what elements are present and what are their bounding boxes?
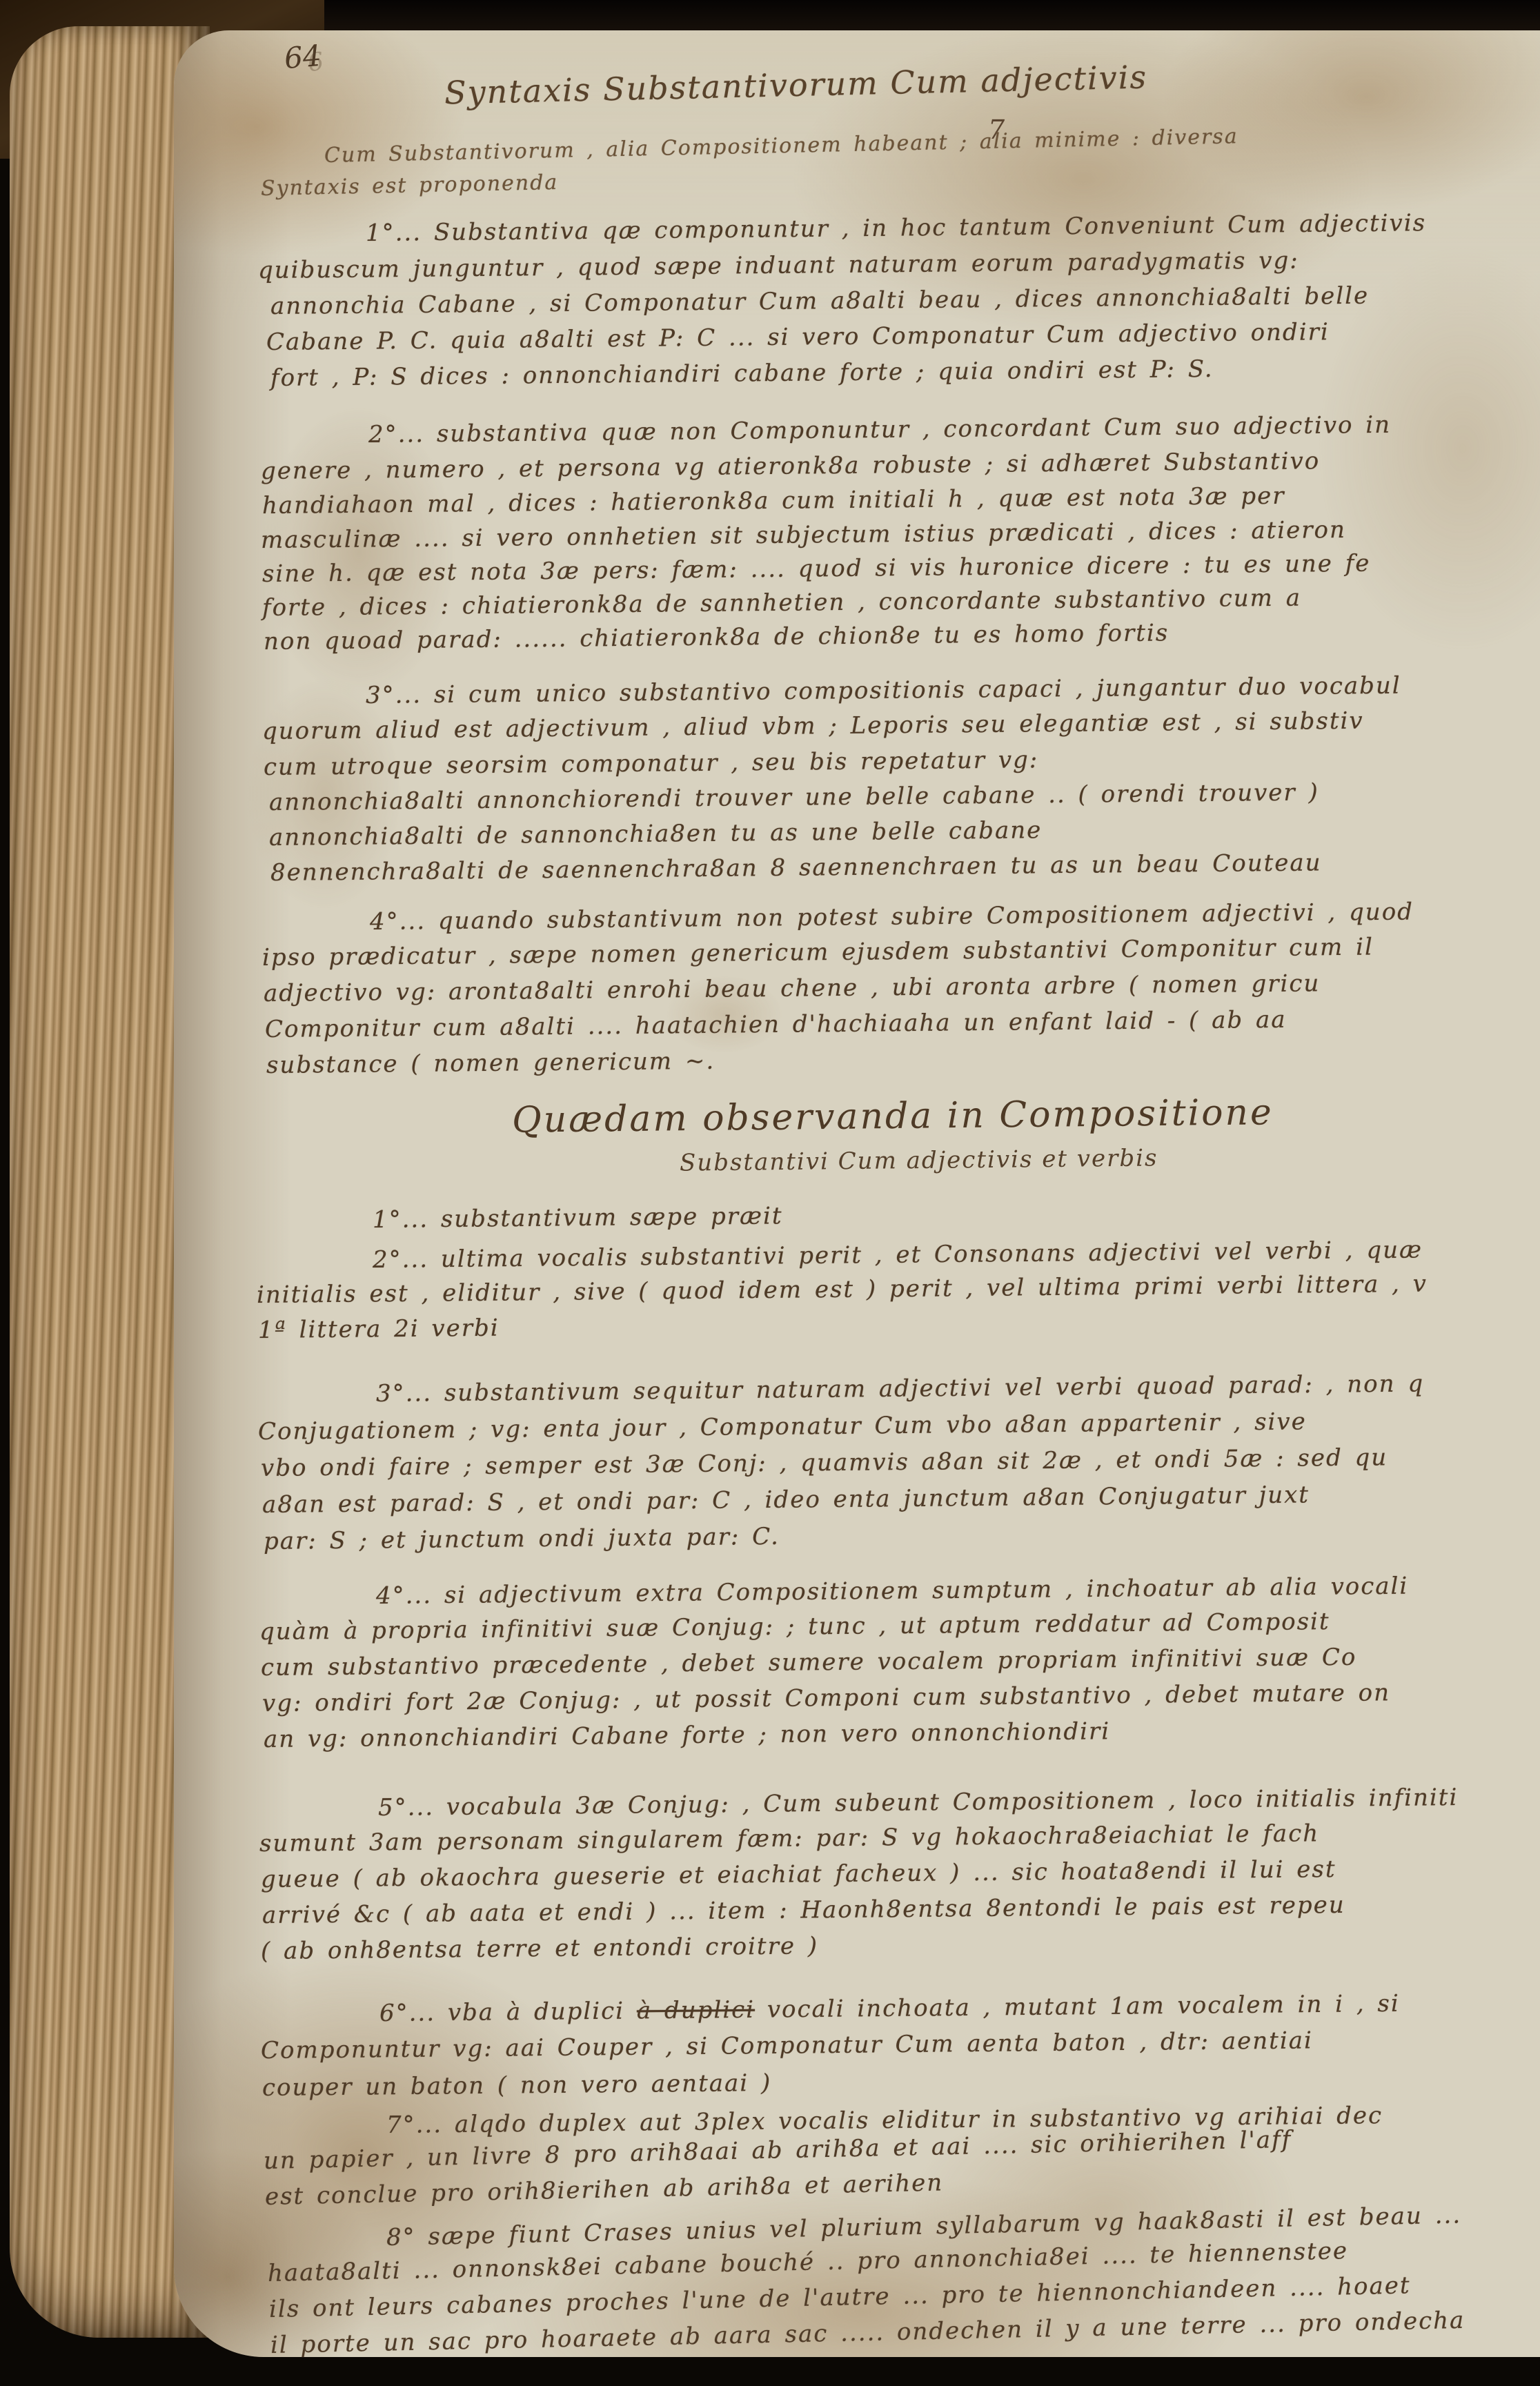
manuscript-line: gueue ( ab okaochra gueserie et eiachiat… (261, 1855, 1336, 1893)
manuscript-line: masculinæ .... si vero onnhetien sit sub… (261, 516, 1346, 554)
manuscript-line: quibuscum junguntur , quod sæpe induant … (258, 247, 1299, 284)
manuscript-line: fort , P: S dices : onnonchiandiri caban… (270, 355, 1214, 392)
line-text: 6°... vba à duplici (379, 1997, 637, 2027)
manuscript-line: Cabane P. C. quia a8alti est P: C ... si… (266, 318, 1330, 356)
manuscript-line: ipso prædicatur , sæpe nomen genericum e… (262, 934, 1374, 972)
manuscript-line: 3°... substantivum sequitur naturam adje… (376, 1370, 1425, 1408)
manuscript-line: Componitur cum a8alti .... haatachien d'… (265, 1006, 1287, 1043)
manuscript-line: par: S ; et junctum ondi juxta par: C. (264, 1523, 780, 1555)
book-scan: 6 64 Syntaxis Substantivorum Cum adjecti… (0, 0, 1540, 2386)
manuscript-line: a8an est parad: S , et ondi par: C , ide… (262, 1481, 1310, 1519)
manuscript-page: 6 64 Syntaxis Substantivorum Cum adjecti… (174, 30, 1540, 2357)
manuscript-line: Cum Substantivorum , alia Compositionem … (324, 124, 1238, 168)
manuscript-line: cum utroque seorsim componatur , seu bis… (264, 746, 1039, 781)
manuscript-line: adjectivo vg: aronta8alti enrohi beau ch… (264, 969, 1321, 1007)
manuscript-line: 6°... vba à duplici à duplici vocali inc… (379, 1990, 1400, 2027)
section-heading: Quædam observanda in Compositione (512, 1092, 1274, 1141)
manuscript-line: Syntaxis est proponenda (261, 170, 559, 201)
manuscript-line: quàm à propria infinitivi suæ Conjug: ; … (259, 1608, 1330, 1646)
manuscript-line: est conclue pro orih8ierihen ab arih8a e… (265, 2169, 944, 2211)
manuscript-line: ( ab onh8entsa terre et entondi croitre … (261, 1932, 818, 1965)
manuscript-line: 8ennenchra8alti de saennenchra8an 8 saen… (270, 849, 1322, 887)
manuscript-line: sine h. qæ est nota 3æ pers: fæm: .... q… (262, 550, 1371, 588)
manuscript-line: Conjugationem ; vg: enta jour , Componat… (258, 1408, 1307, 1446)
struck-text: à duplici (637, 1996, 756, 2025)
manuscript-line: 2°... substantiva quæ non Componuntur , … (368, 411, 1391, 448)
manuscript-line: 3°... si cum unico substantivo compositi… (366, 672, 1401, 709)
manuscript-line: initialis est , eliditur , sive ( quod i… (257, 1270, 1428, 1309)
manuscript-line: forte , dices : chiatieronk8a de sannhet… (262, 584, 1301, 622)
manuscript-line: genere , numero , et persona vg atieronk… (261, 447, 1321, 485)
manuscript-line: arrivé &c ( ab aata et endi ) ... item :… (262, 1891, 1345, 1929)
manuscript-line: vg: ondiri fort 2æ Conjug: , ut possit C… (262, 1679, 1390, 1717)
manuscript-line: 4°... si adjectivum extra Compositionem … (376, 1572, 1409, 1610)
manuscript-line: an vg: onnonchiandiri Cabane forte ; non… (264, 1717, 1111, 1753)
manuscript-line: sumunt 3am personam singularem fæm: par:… (259, 1820, 1320, 1857)
manuscript-line: annonchia Cabane , si Componatur Cum a8a… (270, 282, 1370, 320)
manuscript-line: annonchia8alti annonchiorendi trouver un… (269, 778, 1319, 816)
manuscript-line: annonchia8alti de sannonchia8en tu as un… (269, 816, 1043, 851)
manuscript-line: substance ( nomen genericum ~. (266, 1047, 715, 1079)
manuscript-line: 1°... Substantiva qæ componuntur , in ho… (366, 209, 1426, 247)
manuscript-line: 5°... vocabula 3æ Conjug: , Cum subeunt … (378, 1784, 1459, 1822)
manuscript-line: 2°... ultima vocalis substantivi perit ,… (373, 1236, 1423, 1274)
manuscript-line: cum substantivo præcedente , debet sumer… (261, 1644, 1357, 1682)
page-number: 64 (283, 39, 323, 75)
line-text: vocali inchoata , mutant 1am vocalem in … (755, 1990, 1400, 2024)
section-subheading: Substantivi Cum adjectivis et verbis (680, 1144, 1158, 1176)
manuscript-line: couper un baton ( non vero aentaai ) (262, 2069, 772, 2102)
page-title: Syntaxis Substantivorum Cum adjectivis (444, 58, 1148, 111)
manuscript-line: Componuntur vg: aai Couper , si Componat… (261, 2027, 1313, 2064)
manuscript-line: handiahaon mal , dices : hatieronk8a cum… (262, 482, 1285, 520)
manuscript-line: 1ª littera 2i verbi (258, 1314, 500, 1344)
manuscript-line: vbo ondi faire ; semper est 3æ Conj: , q… (261, 1443, 1388, 1482)
manuscript-line: quorum aliud est adjectivum , aliud vbm … (262, 707, 1364, 745)
manuscript-line: non quoad parad: ...... chiatieronk8a de… (264, 619, 1169, 655)
manuscript-line: 4°... quando substantivum non potest sub… (370, 898, 1414, 936)
manuscript-line: 1°... substantivum sæpe præit (373, 1202, 783, 1234)
